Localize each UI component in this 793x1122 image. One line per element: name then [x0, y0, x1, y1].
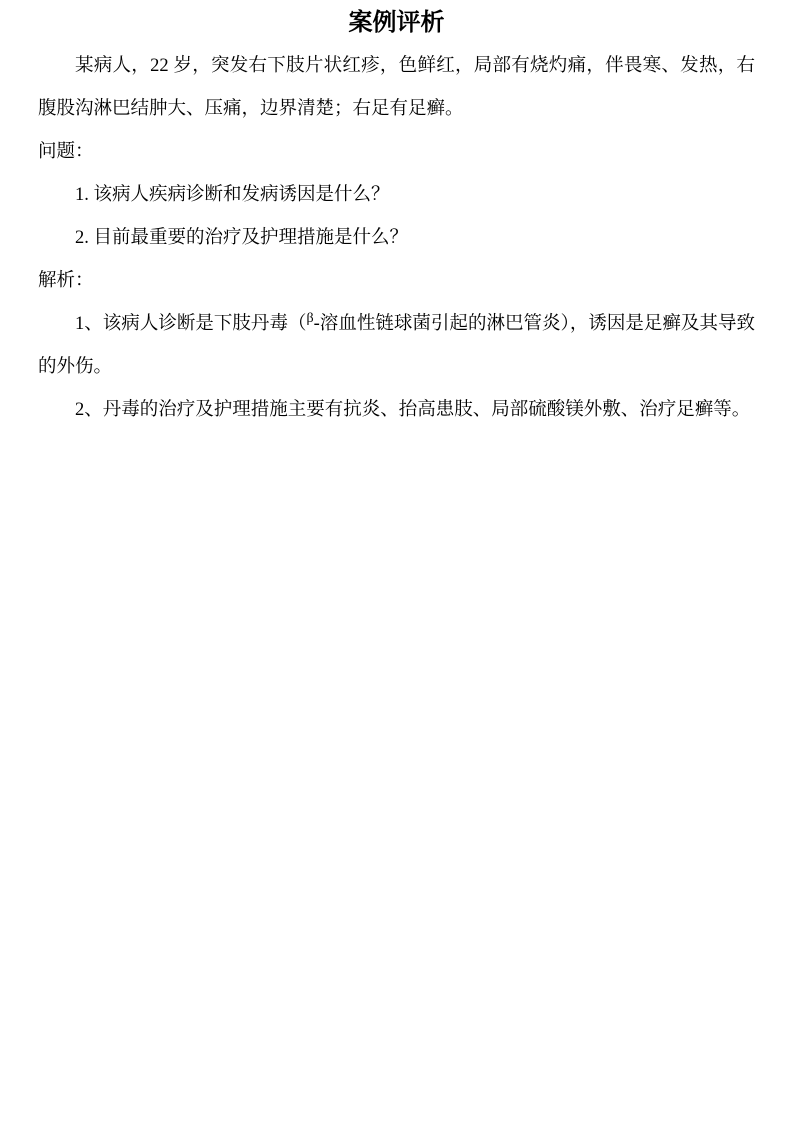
question-1: 1. 该病人疾病诊断和发病诱因是什么？: [38, 174, 755, 217]
document-page: 案例评析 某病人，22 岁，突发右下肢片状红疹，色鲜红，局部有烧灼痛，伴畏寒、发…: [0, 0, 793, 1122]
beta-superscript: β: [307, 311, 314, 326]
answer-1-text-before-superscript: 1、该病人诊断是下肢丹毒（: [75, 314, 307, 334]
answer-1: 1、该病人诊断是下肢丹毒（β-溶血性链球菌引起的淋巴管炎），诱因是足癣及其导致的…: [38, 303, 755, 389]
case-description-paragraph: 某病人，22 岁，突发右下肢片状红疹，色鲜红，局部有烧灼痛，伴畏寒、发热，右腹股…: [38, 45, 755, 131]
page-title: 案例评析: [38, 1, 755, 45]
analysis-label: 解析：: [38, 260, 755, 303]
questions-label: 问题：: [38, 131, 755, 174]
question-2: 2. 目前最重要的治疗及护理措施是什么？: [38, 217, 755, 260]
answer-2: 2、丹毒的治疗及护理措施主要有抗炎、抬高患肢、局部硫酸镁外敷、治疗足癣等。: [38, 389, 755, 432]
